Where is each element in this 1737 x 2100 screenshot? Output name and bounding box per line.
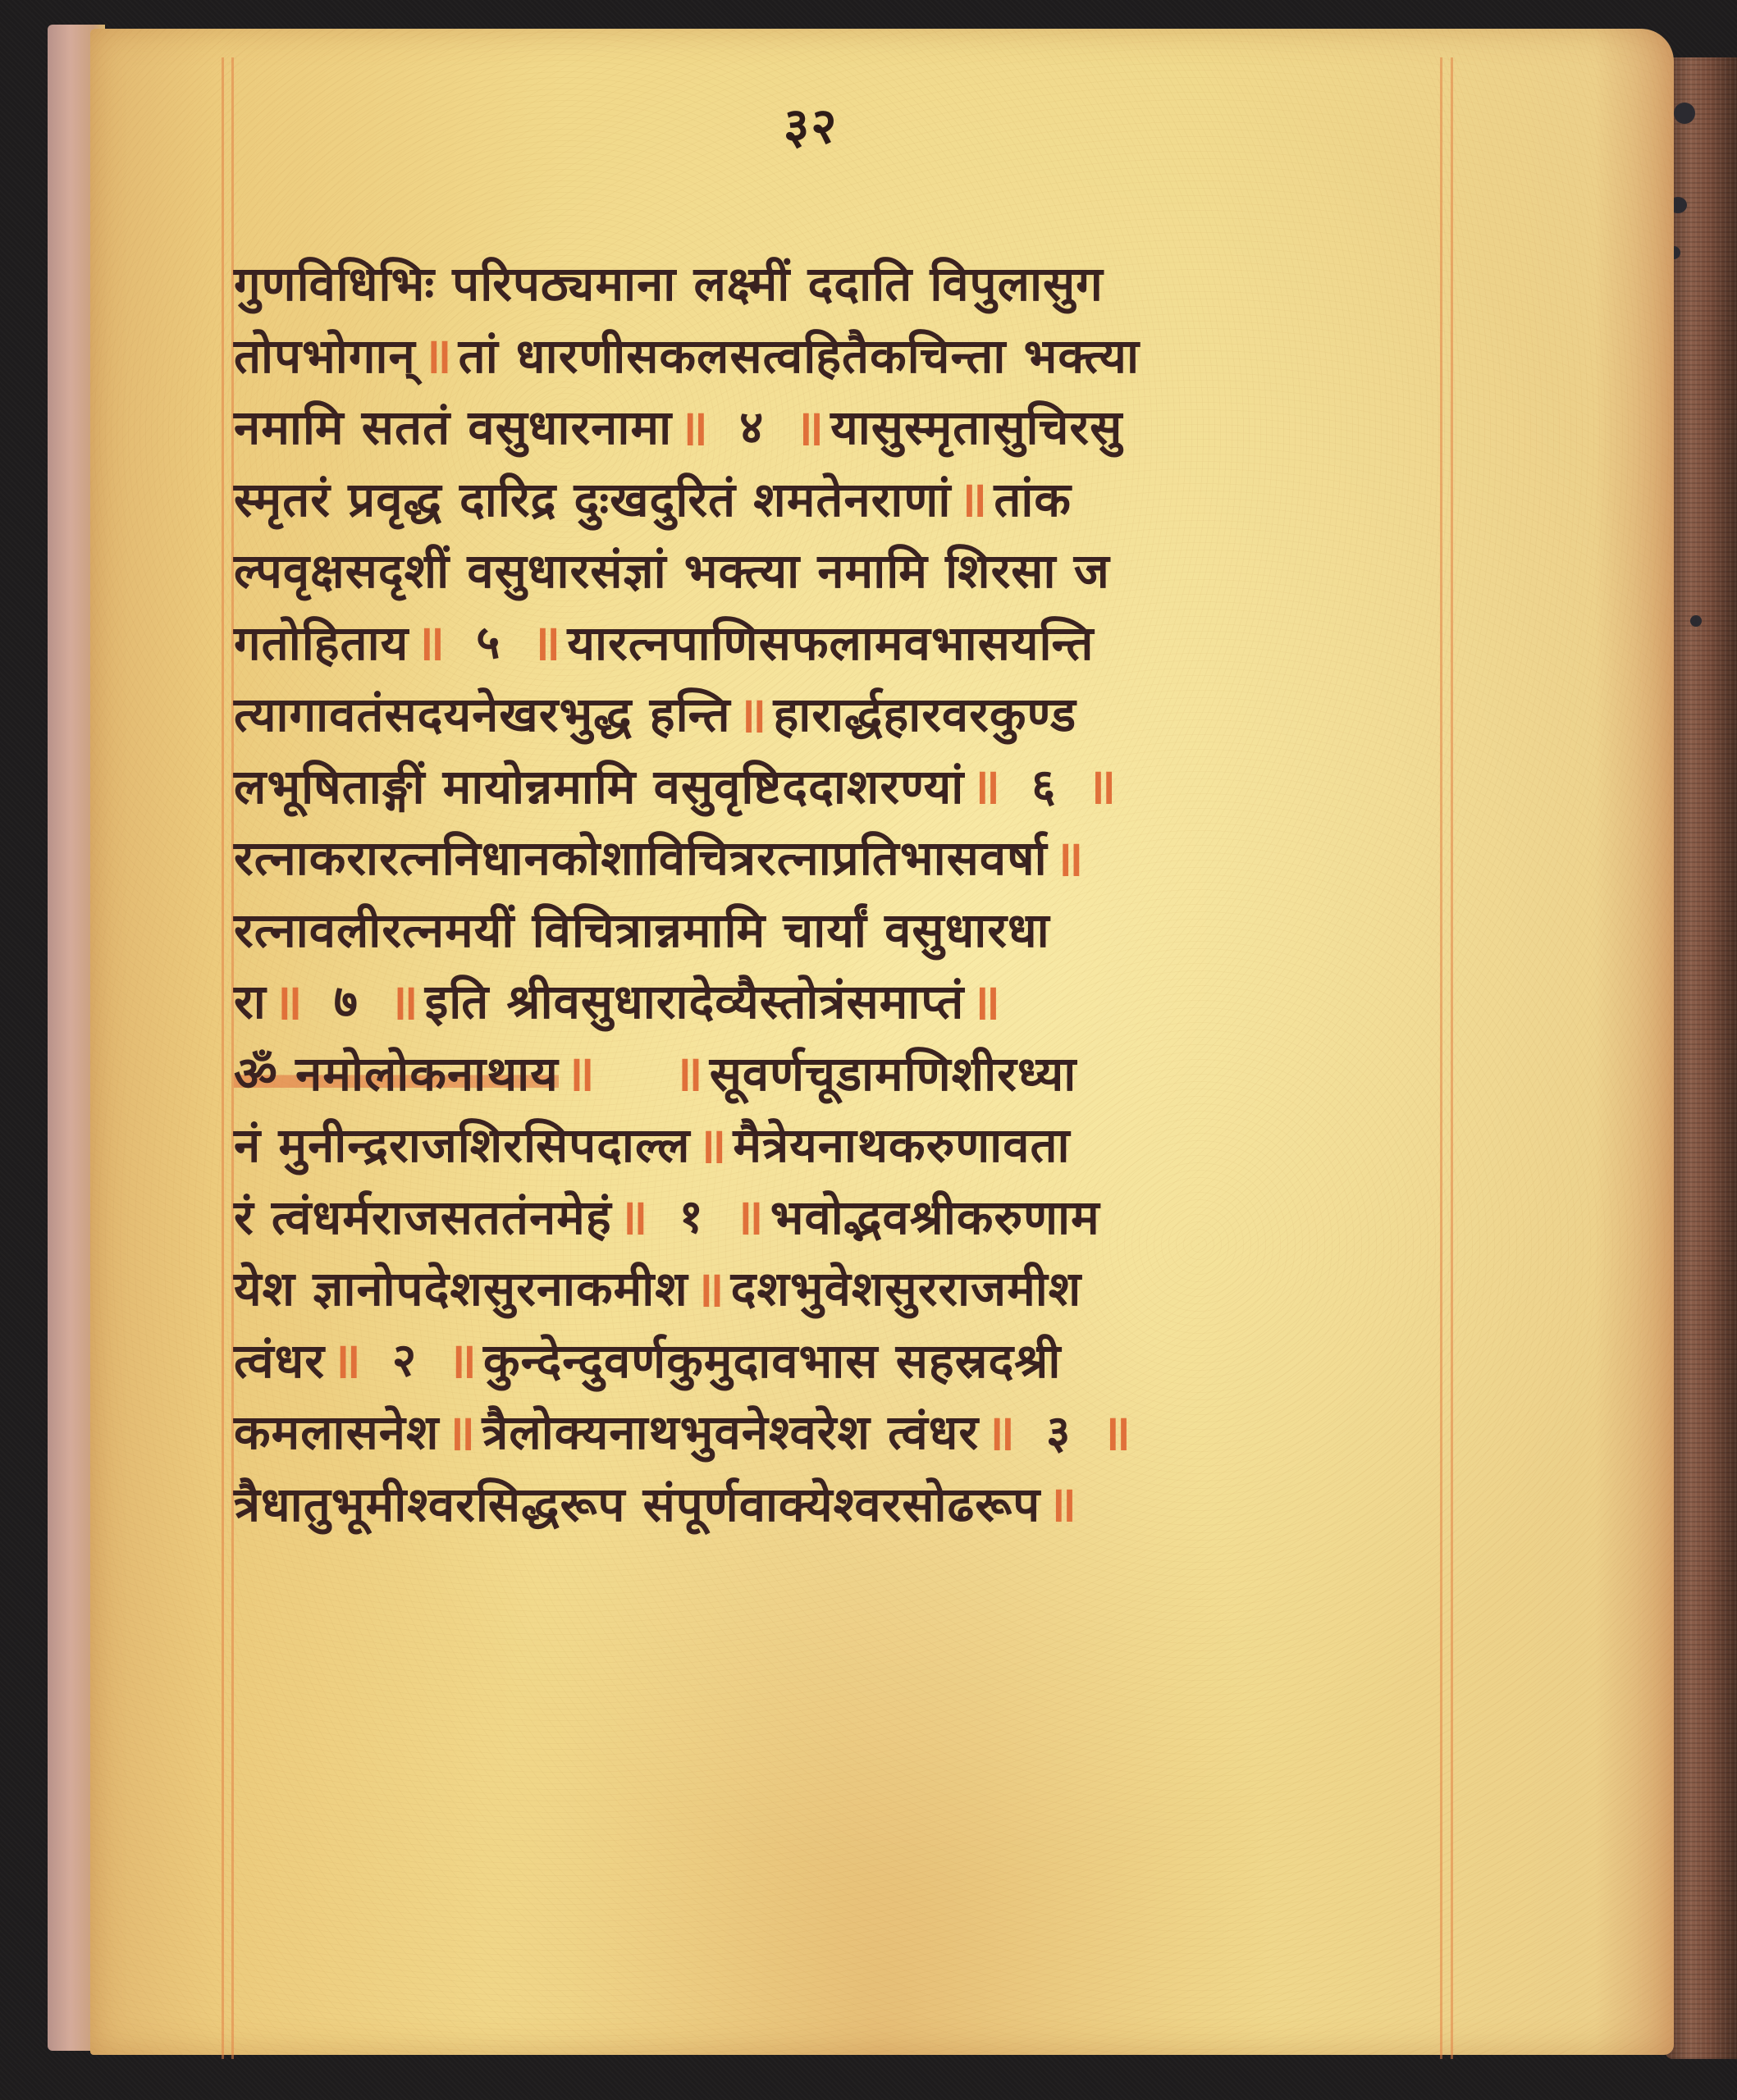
double-danda-mark: ॥ [738, 679, 767, 746]
double-danda-mark: ॥ [971, 751, 1000, 818]
double-danda-mark: ॥ [531, 607, 560, 674]
text-segment: नमामि सततं वसुधारनामा [234, 393, 672, 458]
text-segment: रत्नावलीरत्नमयीं विचित्रान्नमामि चार्यां… [234, 896, 1050, 961]
text-segment: तोपभोगान् [234, 322, 416, 386]
manuscript-line: नमामि सततं वसुधारनामा॥४॥यासुस्मृतासुचिरस… [234, 390, 1456, 462]
double-danda-mark: ॥ [697, 1110, 726, 1177]
text-segment: तां धारणीसकलसत्वहितैकचिन्ता भक्त्या [459, 322, 1140, 386]
double-danda-mark: ॥ [1047, 1468, 1076, 1536]
double-danda-mark: ॥ [331, 1325, 361, 1392]
manuscript-line: गुणविधिभिः परिपठ्यमाना लक्ष्मीं ददाति वि… [234, 246, 1456, 318]
manuscript-line: तोपभोगान्॥तां धारणीसकलसत्वहितैकचिन्ता भक… [234, 318, 1456, 390]
text-segment: हारार्द्धहारवरकुण्ड [773, 680, 1076, 745]
verse-number: ५ [476, 609, 500, 672]
manuscript-line: रत्नाकरारत्ननिधानकोशाविचित्ररत्नाप्रतिभा… [234, 820, 1456, 892]
text-segment: यारत्नपाणिसफलामवभासयन्ति [567, 609, 1094, 673]
manuscript-line: ॐ नमोलोकनाथाय॥॥सूवर्णचूडामणिशीरध्या [234, 1036, 1456, 1108]
manuscript-line: रा॥७॥इति श्रीवसुधारादेव्यैस्तोत्रंसमाप्त… [234, 964, 1456, 1036]
text-segment: सूवर्णचूडामणिशीरध्या [710, 1039, 1077, 1104]
double-danda-mark: ॥ [565, 1038, 595, 1105]
text-segment: रा [234, 967, 267, 1032]
manuscript-line: गतोहिताय॥५॥यारत्नपाणिसफलामवभासयन्ति [234, 605, 1456, 678]
manuscript-line: त्यागावतंसदयनेखरभुद्ध हन्ति॥हारार्द्धहार… [234, 677, 1456, 749]
folio-number: ३२ [784, 90, 838, 157]
double-danda-mark: ॥ [619, 1181, 648, 1249]
double-danda-mark: ॥ [389, 966, 418, 1034]
double-danda-mark: ॥ [985, 1397, 1015, 1464]
manuscript-line: ल्पवृक्षसदृशीं वसुधारसंज्ञां भक्त्या नमा… [234, 533, 1456, 605]
manuscript-line: लभूषिताङ्गीं मायोन्नमामि वसुवृष्टिददाशरण… [234, 749, 1456, 821]
text-segment: दशभुवेशसुरराजमीश [731, 1254, 1082, 1319]
verse-number: ३ [1046, 1399, 1070, 1462]
text-segment: कमलासनेश [234, 1398, 439, 1463]
double-danda-mark: ॥ [1086, 751, 1116, 818]
verse-number: ७ [334, 969, 358, 1031]
text-segment: स्मृतरं प्रवृद्ध दारिद्र दुःखदुरितं शमते… [234, 465, 951, 530]
double-danda-mark: ॥ [794, 392, 824, 459]
verse-number: २ [392, 1327, 416, 1390]
double-danda-mark: ॥ [447, 1325, 477, 1392]
text-segment: गतोहिताय [234, 609, 409, 673]
verse-number: १ [679, 1184, 703, 1246]
double-danda-mark: ॥ [971, 966, 1000, 1034]
manuscript-line: त्वंधर॥२॥कुन्देन्दुवर्णकुमुदावभास सहस्रद… [234, 1323, 1456, 1395]
verse-number: ६ [1031, 753, 1055, 815]
manuscript-line: रत्नावलीरत्नमयीं विचित्रान्नमामि चार्यां… [234, 892, 1456, 965]
text-segment: रं त्वंधर्मराजसततंनमेहं [234, 1183, 612, 1248]
double-danda-mark: ॥ [679, 392, 708, 459]
verse-number: ४ [739, 395, 763, 457]
text-segment: भवोद्भवश्रीकरुणाम [770, 1183, 1100, 1248]
double-danda-mark: ॥ [1101, 1397, 1131, 1464]
text-segment: त्रैधातुभूमीश्वरसिद्धरूप संपूर्णवाक्येश्… [234, 1470, 1040, 1535]
text-segment: तांक [994, 465, 1072, 530]
manuscript-line: स्मृतरं प्रवृद्ध दारिद्र दुःखदुरितं शमते… [234, 462, 1456, 534]
double-danda-mark: ॥ [958, 463, 987, 531]
stain-spot [1674, 103, 1695, 124]
text-segment: त्वंधर [234, 1326, 325, 1391]
text-segment: रत्नाकरारत्ननिधानकोशाविचित्ररत्नाप्रतिभा… [234, 824, 1048, 888]
text-segment: त्यागावतंसदयनेखरभुद्ध हन्ति [234, 680, 731, 745]
double-danda-mark: ॥ [695, 1253, 725, 1321]
rubricated-invocation: ॐ नमोलोकनाथाय [234, 1039, 559, 1104]
manuscript-line: रं त्वंधर्मराजसततंनमेहं॥१॥भवोद्भवश्रीकरु… [234, 1180, 1456, 1252]
margin-rule-left-outer [222, 57, 224, 2059]
text-segment: इति श्रीवसुधारादेव्यैस्तोत्रंसमाप्तं [425, 967, 965, 1032]
manuscript-line: येश ज्ञानोपदेशसुरनाकमीश॥दशभुवेशसुरराजमीश [234, 1251, 1456, 1323]
manuscript-line: त्रैधातुभूमीश्वरसिद्धरूप संपूर्णवाक्येश्… [234, 1467, 1456, 1539]
stain-spot [1690, 615, 1702, 627]
double-danda-mark: ॥ [273, 966, 303, 1034]
text-segment: येश ज्ञानोपदेशसुरनाकमीश [234, 1254, 688, 1319]
text-segment: यासुस्मृतासुचिरसु [830, 393, 1122, 458]
manuscript-line: नं मुनीन्द्रराजशिरसिपदाल्ल॥मैत्रेयनाथकरु… [234, 1107, 1456, 1180]
text-segment: त्रैलोक्यनाथभुवनेश्वरेश त्वंधर [482, 1398, 979, 1463]
text-segment: ल्पवृक्षसदृशीं वसुधारसंज्ञां भक्त्या नमा… [234, 536, 1110, 601]
text-segment: लभूषिताङ्गीं मायोन्नमामि वसुवृष्टिददाशरण… [234, 752, 964, 817]
double-danda-mark: ॥ [423, 320, 452, 387]
double-danda-mark: ॥ [1054, 823, 1084, 890]
manuscript-line: कमलासनेश॥त्रैलोक्यनाथभुवनेश्वरेश त्वंधर॥… [234, 1395, 1456, 1467]
double-danda-mark: ॥ [415, 607, 445, 674]
double-danda-mark: ॥ [674, 1038, 703, 1105]
text-segment: गुणविधिभिः परिपठ्यमाना लक्ष्मीं ददाति वि… [234, 249, 1104, 314]
book-spine-binding [1666, 57, 1737, 2059]
manuscript-text-block: गुणविधिभिः परिपठ्यमाना लक्ष्मीं ददाति वि… [234, 246, 1456, 1538]
text-segment: मैत्रेयनाथकरुणावता [733, 1111, 1070, 1176]
text-segment: कुन्देन्दुवर्णकुमुदावभास सहस्रदश्री [483, 1326, 1061, 1391]
text-segment: नं मुनीन्द्रराजशिरसिपदाल्ल [234, 1111, 690, 1176]
double-danda-mark: ॥ [734, 1181, 764, 1249]
double-danda-mark: ॥ [446, 1397, 475, 1464]
